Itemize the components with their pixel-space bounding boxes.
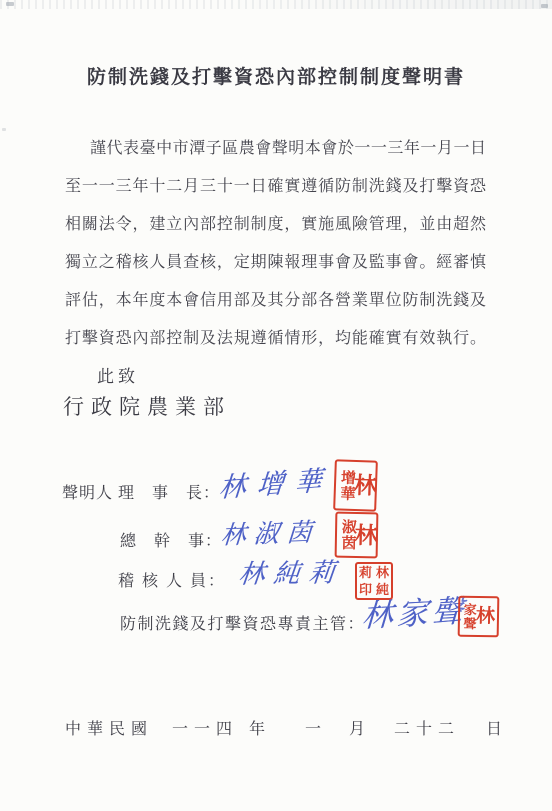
declaration-paragraph: 謹代表臺中市潭子區農會聲明本會於一一三年一月一日 至一一三年十二月三十一日確實遵… [65,130,486,358]
seal-text-left: 家聲 [462,602,476,630]
paragraph-line: 評估，本年度本會信用部及其分部各營業單位防制洗錢及 [65,282,486,320]
date-line: 中華民國 一一四 年 一 月 二十二 日 [0,716,552,742]
paragraph-line: 打擊資恐內部控制及法規遵循情形，均能確實有效執行。 [65,320,486,358]
seal-text-left: 淑茵 [339,519,355,551]
signer-label-aml-supervisor: 防制洗錢及打擊資恐專責主管： [120,611,365,634]
signer-label-general-manager: 總 幹 事： [120,528,222,551]
seal-text-top-left: 莉 [357,564,374,581]
seal-text-top-right: 林 [374,564,391,581]
date-day-label: 日 [486,716,508,739]
handwritten-signature-auditor: 林純莉 [237,552,346,591]
date-year: 一一四 [172,716,238,739]
seal-text-right: 林 [476,607,495,626]
salutation: 此致 [97,362,139,387]
handwritten-signature-general-manager: 林淑茵 [220,512,321,552]
date-day: 二十二 [394,716,460,739]
date-month: 一 [305,716,327,739]
paragraph-line: 至一一三年十二月三十一日確實遵循防制洗錢及打擊資恐 [65,168,486,206]
signer-label-chairman: 聲明人 理 事 長： [62,480,220,503]
paragraph-line: 獨立之稽核人員查核，定期陳報理事會及監事會。經審慎 [65,244,486,282]
date-month-label: 月 [349,716,371,739]
date-era: 中華民國 [65,716,153,739]
date-year-label: 年 [249,716,271,739]
seal-text-left: 增華 [337,469,354,502]
seal-stamp-aml-supervisor: 家聲 林 [458,596,500,638]
handwritten-signature-chairman: 林增華 [218,458,334,505]
handwritten-signature-aml-supervisor: 林家聲 [361,585,468,636]
scan-artifact [2,128,6,131]
seal-text-right: 林 [355,523,378,546]
scan-artifact [541,4,548,8]
signer-label-auditor: 稽 核 人 員： [118,568,226,591]
paragraph-line: 相關法令，建立內部控制制度，實施風險管理，並由超然 [65,206,486,244]
document-title: 防制洗錢及打擊資恐內部控制制度聲明書 [0,62,552,89]
seal-text-right: 林 [353,474,377,498]
paragraph-line: 謹代表臺中市潭子區農會聲明本會於一一三年一月一日 [65,130,486,168]
scan-noise-artifact [0,0,552,9]
scan-artifact [6,2,14,6]
addressee: 行政院農業部 [63,391,231,421]
document-page: 防制洗錢及打擊資恐內部控制制度聲明書 謹代表臺中市潭子區農會聲明本會於一一三年一… [0,0,552,811]
seal-stamp-chairman: 增華 林 [333,459,378,511]
